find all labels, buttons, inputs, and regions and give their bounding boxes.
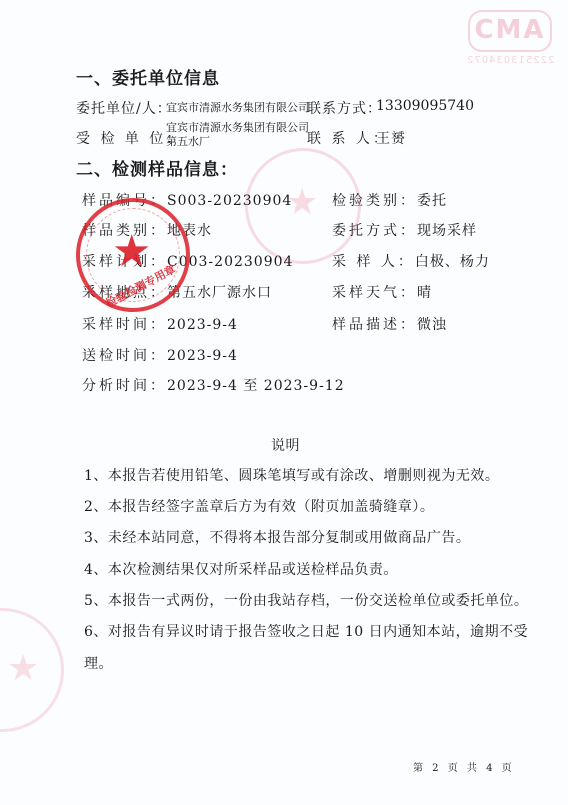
field-sample-category: 样品类别：地表水 (82, 220, 212, 240)
contact-method-value: 13309095740 (376, 98, 474, 114)
field-value: 白极、杨力 (415, 254, 490, 270)
field-sample-description: 样品描述：微浊 (332, 314, 447, 334)
field-label: 采 样 人： (332, 254, 415, 270)
page-indicator: 第 2 页 共 4 页 (413, 759, 515, 774)
field-label: 送检时间： (82, 348, 167, 364)
field-label: 检验类别： (332, 193, 417, 209)
field-value: 2023-9-4 (167, 317, 238, 333)
cma-number-watermark: 222513034072 (466, 55, 554, 66)
report-page: CMA 222513034072 ★ ★ 一、委托单位信息 委托单位/人： 宜宾… (0, 0, 568, 805)
field-value: 第五水厂源水口 (167, 285, 272, 301)
field-label: 样品编号： (82, 193, 167, 209)
field-value: S003-20230904 (167, 193, 292, 209)
star-icon: ★ (7, 651, 39, 687)
inspected-unit-value-line2: 第五水厂 (166, 135, 210, 148)
field-label: 采样天气： (332, 285, 417, 301)
field-commission-method: 委托方式：现场采样 (332, 220, 477, 240)
field-sampler: 采 样 人：白极、杨力 (332, 251, 490, 271)
note-item: 3、未经本站同意，不得将本报告部分复制或用做商品广告。 (84, 527, 470, 547)
field-label: 样品描述： (332, 317, 417, 333)
section2-title: 二、检测样品信息： (76, 155, 238, 180)
section1-title: 一、委托单位信息 (76, 64, 220, 89)
field-sampling-location: 采样地点：第五水厂源水口 (82, 282, 272, 302)
cma-logo-watermark: CMA (468, 10, 552, 52)
client-value: 宜宾市清源水务集团有限公司 (166, 101, 309, 114)
field-value: 2023-9-4 至 2023-9-12 (167, 378, 345, 394)
note-item: 2、本报告经签字盖章后方为有效（附页加盖骑缝章）。 (84, 496, 434, 516)
note-item: 1、本报告若使用铅笔、圆珠笔填写或有涂改、增删则视为无效。 (84, 465, 499, 485)
field-inspection-type: 检验类别：委托 (332, 190, 447, 210)
field-sampling-plan: 采样计划：C003-20230904 (82, 251, 293, 271)
field-label: 样品类别： (82, 223, 167, 239)
field-value: 微浊 (417, 317, 447, 333)
field-weather: 采样天气：晴 (332, 282, 432, 302)
note-item: 理。 (84, 653, 113, 673)
left-seal-stamp: ★ (0, 608, 64, 732)
notes-title: 说明 (271, 435, 300, 455)
field-sampling-time: 采样时间：2023-9-4 (82, 314, 238, 334)
field-analysis-time: 分析时间：2023-9-4 至 2023-9-12 (82, 375, 345, 395)
contact-method-label: 联系方式： (307, 98, 382, 118)
field-sample-no: 样品编号：S003-20230904 (82, 190, 292, 210)
field-submission-time: 送检时间：2023-9-4 (82, 345, 238, 365)
field-value: 晴 (417, 285, 432, 301)
field-value: C003-20230904 (167, 254, 293, 270)
inspected-unit-value-line1: 宜宾市清源水务集团有限公司 (166, 121, 309, 134)
field-label: 采样地点： (82, 285, 167, 301)
field-label: 采样时间： (82, 317, 167, 333)
client-label: 委托单位/人： (76, 98, 172, 118)
field-label: 委托方式： (332, 223, 417, 239)
note-item: 6、对报告有异议时请于报告签收之日起 10 日内通知本站，逾期不受 (84, 621, 528, 641)
contact-person-value: 王赟 (376, 128, 406, 148)
field-value: 委托 (417, 193, 447, 209)
field-value: 2023-9-4 (167, 348, 238, 364)
note-item: 5、本报告一式两份，一份由我站存档，一份交送检单位或委托单位。 (84, 590, 528, 610)
field-value: 现场采样 (417, 223, 477, 239)
field-value: 地表水 (167, 223, 212, 239)
field-label: 分析时间： (82, 378, 167, 394)
note-item: 4、本次检测结果仅对所采样品或送检样品负责。 (84, 559, 398, 579)
field-label: 采样计划： (82, 254, 167, 270)
